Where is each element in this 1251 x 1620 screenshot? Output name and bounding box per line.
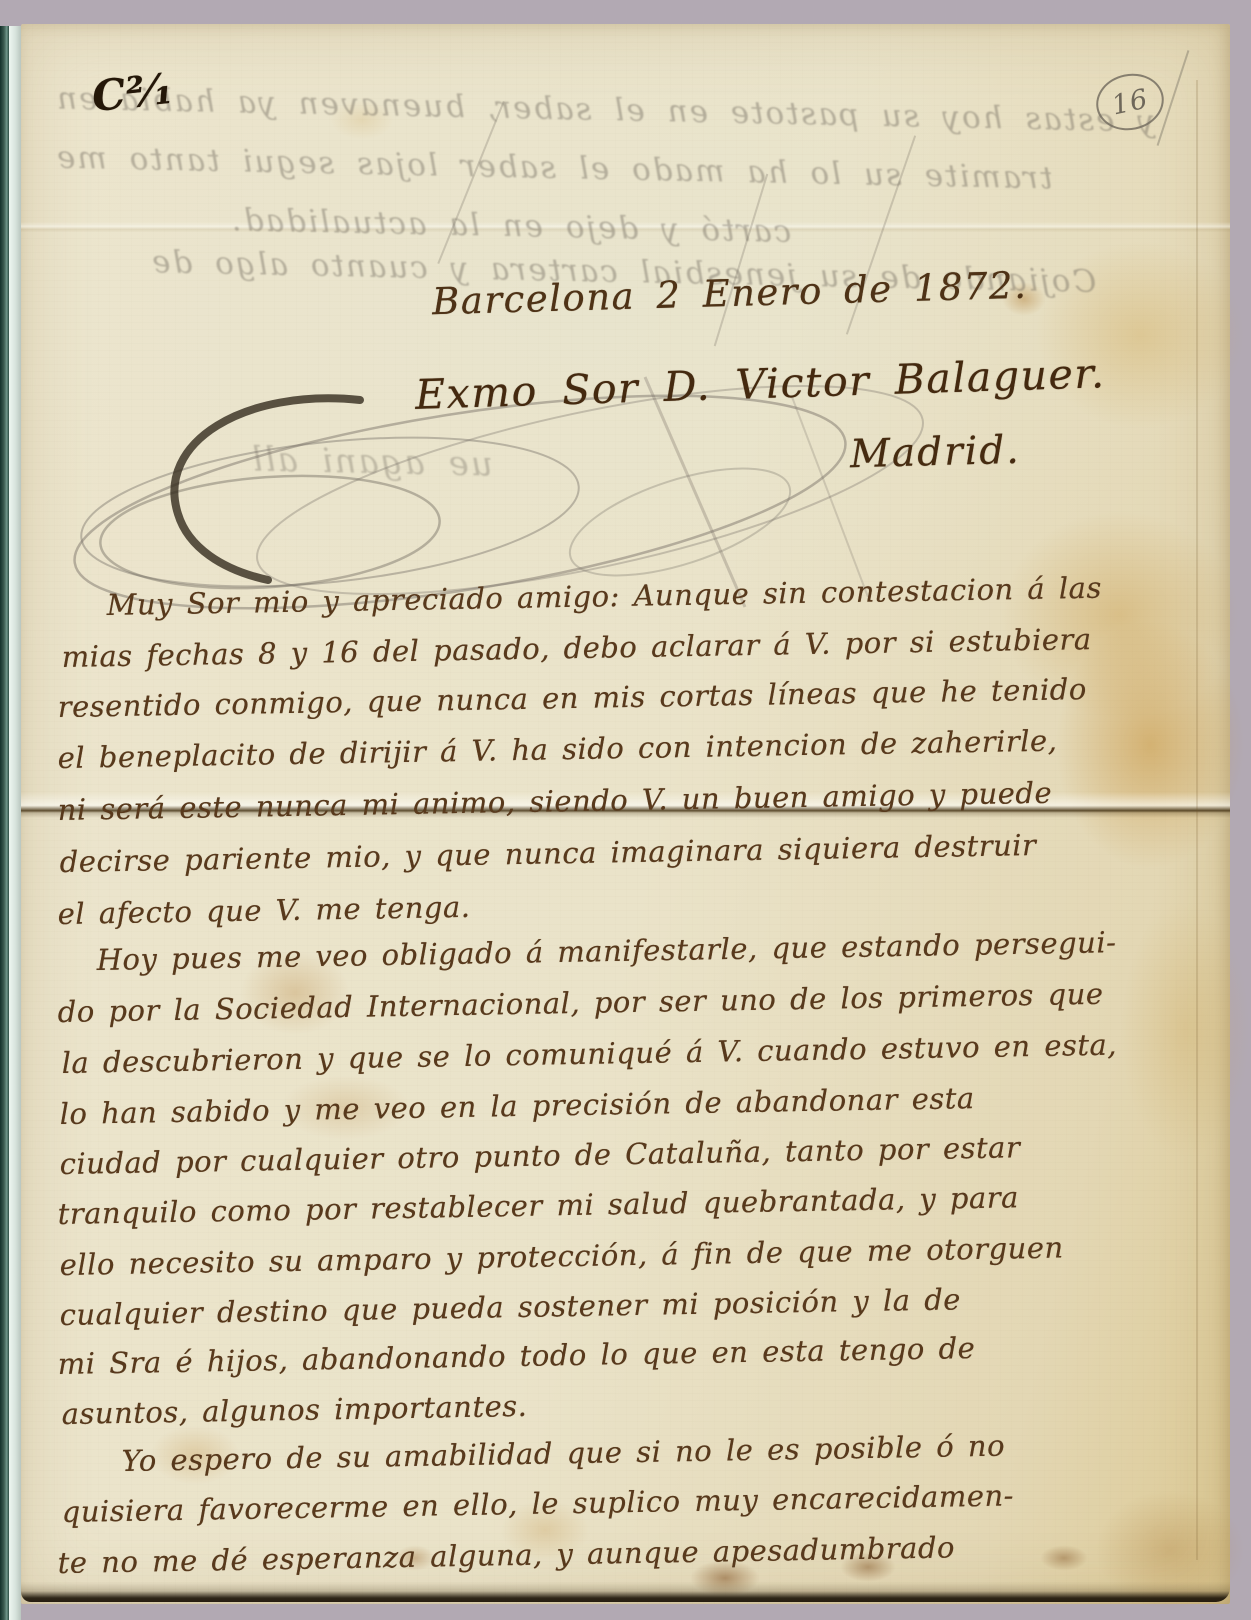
paper-edge-line [1196, 80, 1198, 1560]
paper-bottom-shadow [21, 1582, 1230, 1602]
recipient-city: Madrid. [849, 428, 1021, 477]
archival-mark: C²⁄₁ [90, 64, 176, 121]
binding-edge-dark [0, 26, 9, 1620]
page-number: 16 [1109, 83, 1151, 121]
scanned-letter-page: y estas hoy su pastote en el saber, buen… [0, 0, 1251, 1620]
body-line: el afecto que V. me tenga. [57, 890, 470, 931]
binding-edge-light [9, 26, 21, 1620]
